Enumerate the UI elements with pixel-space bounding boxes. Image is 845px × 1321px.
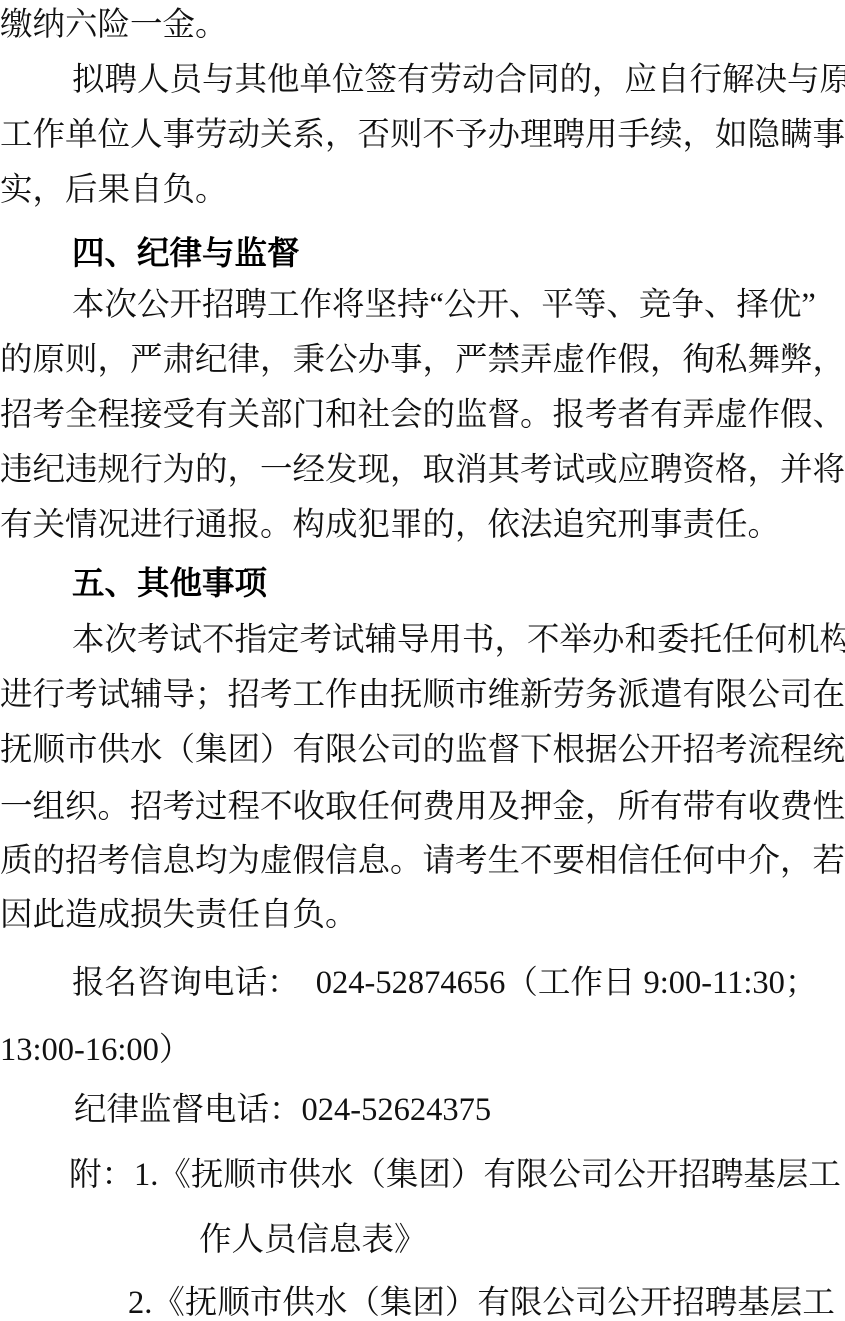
document-line: 工作单位人事劳动关系，否则不予办理聘用手续，如隐瞒事 — [0, 117, 845, 154]
document-line: 因此造成损失责任自负。 — [0, 897, 358, 934]
section-heading-discipline: 四、纪律与监督 — [72, 235, 300, 272]
document-line: 的原则，严肃纪律，秉公办事，严禁弄虚作假，徇私舞弊， — [0, 342, 845, 379]
document-line: 抚顺市供水（集团）有限公司的监督下根据公开招考流程统 — [0, 732, 845, 769]
registration-phone-line: 报名咨询电话： 024-52874656（工作日 9:00-11:30； — [72, 965, 817, 1002]
section-heading-other-matters: 五、其他事项 — [72, 565, 267, 602]
document-line: 有关情况进行通报。构成犯罪的，依法追究刑事责任。 — [0, 507, 780, 544]
attachment-1-line-cont: 作人员信息表》 — [199, 1222, 427, 1259]
document-page: 缴纳六险一金。 拟聘人员与其他单位签有劳动合同的，应自行解决与原 工作单位人事劳… — [0, 0, 845, 1321]
supervision-phone-line: 纪律监督电话：024-52624375 — [74, 1092, 491, 1129]
attachment-2-line: 2.《抚顺市供水（集团）有限公司公开招聘基层工 — [128, 1285, 835, 1321]
document-line: 实，后果自负。 — [0, 172, 228, 209]
document-line: 进行考试辅导；招考工作由抚顺市维新劳务派遣有限公司在 — [0, 677, 845, 714]
document-line: 招考全程接受有关部门和社会的监督。报考者有弄虚作假、 — [0, 397, 845, 434]
document-line: 一组织。招考过程不收取任何费用及押金，所有带有收费性 — [0, 789, 845, 826]
office-hours-line: 13:00-16:00） — [0, 1032, 191, 1069]
document-line: 缴纳六险一金。 — [0, 7, 228, 44]
document-line: 质的招考信息均为虚假信息。请考生不要相信任何中介，若 — [0, 843, 845, 880]
document-line: 本次公开招聘工作将坚持“公开、平等、竞争、择优” — [72, 287, 816, 324]
document-line: 拟聘人员与其他单位签有劳动合同的，应自行解决与原 — [72, 62, 845, 99]
document-line: 违纪违规行为的，一经发现，取消其考试或应聘资格，并将 — [0, 452, 845, 489]
attachment-1-line: 附：1.《抚顺市供水（集团）有限公司公开招聘基层工 — [69, 1157, 841, 1194]
document-line: 本次考试不指定考试辅导用书，不举办和委托任何机构 — [72, 622, 845, 659]
